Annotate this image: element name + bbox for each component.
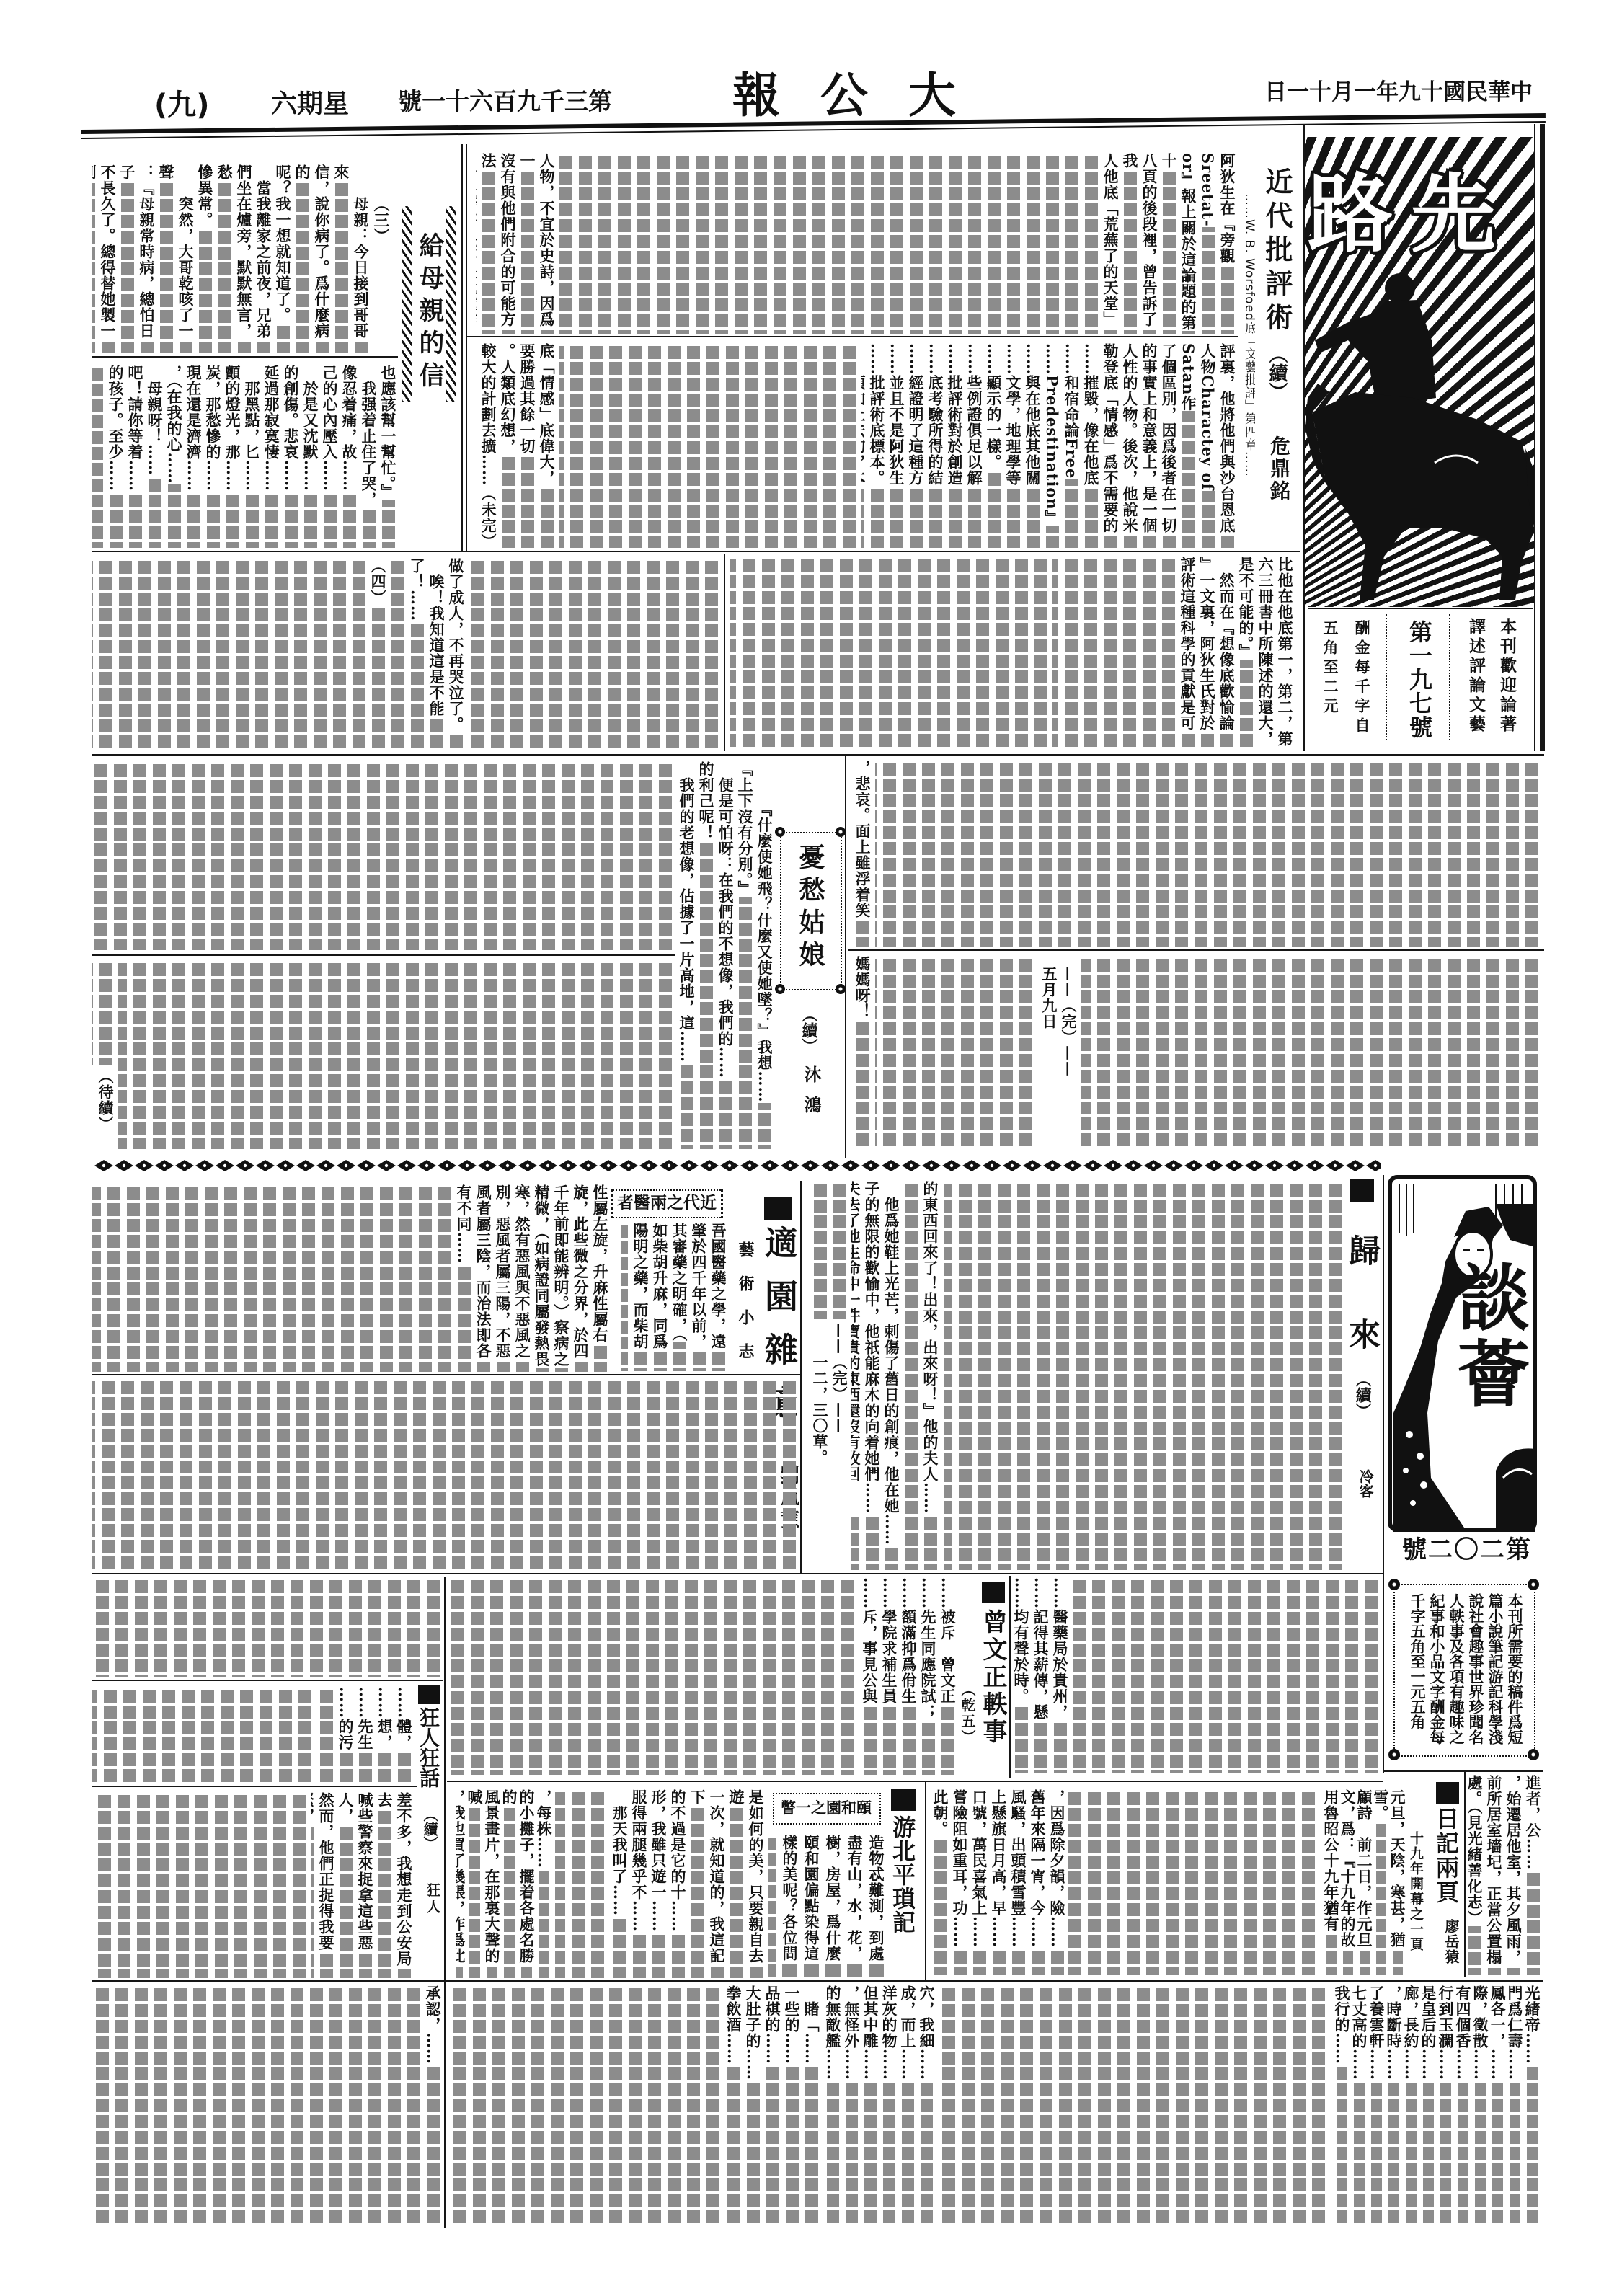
illegible-text-region — [1068, 1789, 1318, 1975]
title-marker-icon — [418, 1685, 440, 1704]
xianlu-issue-number: 第一九七號 — [1408, 620, 1431, 739]
installment-mark: （乾五） — [960, 1682, 975, 1745]
summer-palace-box: 頤和園之一瞥 — [773, 1793, 881, 1825]
payment-notice-1: 酬金每千字自 — [1354, 620, 1369, 737]
weekday: 星期六 — [271, 92, 349, 118]
column-divider — [724, 554, 725, 751]
article-title-diary: 日記兩頁 — [1435, 1807, 1458, 1905]
column-divider — [925, 1781, 926, 1981]
article-text: ……體， ……想， ……先生 ……的污 — [337, 1687, 413, 1750]
title-marker-icon — [1436, 1782, 1459, 1804]
publication-date: 中華民國十九年一月十一日 — [1264, 81, 1533, 104]
newspaper-masthead: 大公報 — [732, 72, 996, 120]
illegible-text-region — [92, 1792, 309, 1978]
illegible-text-region — [559, 153, 1101, 334]
tier-divider — [92, 1573, 1383, 1574]
story-text: 『什麼使她飛？什麼又使她墜？』我想…… 『上下沒有分別。』 便是可怕呀：在我們的… — [678, 761, 774, 1103]
criticism-tier1-end: 人物，不宜於史詩，因爲一 沒有與他們附合的可能方法 ，而此項方法不是此種作品 所… — [476, 153, 557, 334]
illegible-text-region — [118, 960, 675, 1149]
article-text: 元旦，天陰，寒甚，猶 雪。 顧詩 前二日，作元旦 文，爲：『十九年的故 用魯昭公… — [1322, 1789, 1406, 1948]
anecdote-fragment: ……醫藥局於貴州， ……記得其薪傳，懸 ……均有聲於時。 — [1012, 1577, 1070, 1773]
xianlu-supplement-box: 先路 本刊歡迎論著 譯述評論文藝 第一九七號 酬金每千字自 五角至二元 — [1303, 124, 1546, 751]
diary-poem-ending: ，因爲除夕韻，險…… 舊年來隔一宵，今…… 風騷，出頭積雪豐…… 上懸旗日月高，… — [930, 1789, 1067, 1975]
shiyuan-text-a: 吾國醫藥之學，遠 肇於四千年以前， 其審藥之明確，（ 如柴胡升麻，同爲 陽明之藥… — [621, 1223, 728, 1371]
criticism-tier3-start: 比他在他底第一，第二，第 六三冊書中所陳述的還大， 是不可能的。』 然而在『想像… — [1052, 557, 1295, 750]
tier-divider — [92, 954, 675, 956]
illegible-text-region — [944, 1181, 1344, 1570]
to-be-continued: （待續） — [97, 1068, 115, 1132]
tier-divider — [92, 551, 1300, 552]
article-author: 危鼎銘 — [1269, 435, 1289, 502]
article-text: 差不多，我想走到公安局去 喊些警察來捉拿這些惡人， 然而，他們正捉得我要緊， 我… — [311, 1792, 413, 1967]
section-divider — [92, 754, 1544, 756]
tier-divider — [1383, 1770, 1543, 1772]
illegible-text-region — [92, 960, 115, 1065]
illegible-text-region — [807, 1181, 849, 1319]
illegible-text-region — [875, 760, 1541, 947]
letter-text: ，悲哀。面上雖浮着笑容， — [851, 760, 872, 918]
criticism-tier1-start: 阿狄生在『旁觀Sreetat- or』報上關於這論題的第十 八頁的後段裡，曾告訴… — [1103, 153, 1237, 334]
illegible-text-region — [92, 1687, 314, 1783]
criticism-tier2-start: 評裏，他將他們與沙台恩底 人物Charactey of Satan作 了個區別，… — [861, 343, 1237, 548]
letters-tier2: 也應該幫一幫忙。』 我强着止住了哭， 像忍着痛，故…… 己的心內壓入…… 於是又… — [92, 365, 398, 548]
notice-text: 本刊所需要的稿件爲短 篇小說筆記游記科學淺 說社會趣事世界珍聞名 人軼事及各項有… — [1409, 1593, 1524, 1745]
beiping-text-d: 光緒帝…… 門爲仁壽…… 鳳各一，…… 際，徵散…… 有四個香…… 行到玉瀾……… — [1330, 1985, 1541, 2226]
article-text: ，因爲除夕韻，險…… 舊年來隔一宵，今…… 風騷，出頭積雪豐…… 上懸旗日月高，… — [931, 1789, 1066, 1948]
tanhui-masthead-box: 談薈 — [1388, 1175, 1537, 1532]
letters-tier3: 做了成人，不再哭泣了。 唉！我知道這是不能 了！…… （四） — [92, 558, 466, 750]
double-column-divider — [466, 144, 467, 551]
criticism-tier2-end: 底「情感」底偉大， 要勝過其餘一切 。人類底幻想， 較大的計劃去擴……（未完） — [476, 343, 557, 548]
illegible-text-region — [730, 557, 1050, 750]
end-mark-and-date: ——（完）—— 一二，三〇草。 — [811, 1323, 848, 1466]
wavy-divider — [1449, 614, 1450, 740]
to-be-continued-mark: （待續） — [92, 1068, 115, 1148]
illegible-text-region — [875, 956, 1035, 1149]
corner-ornament-icon — [775, 984, 785, 994]
title-marker-icon — [764, 1197, 792, 1220]
beiping-text-e: 穴，我細…… 成，而上…… 洋灰的物…… 但其中雕…… ，無怪外…… 的無敵艦…… — [822, 1985, 936, 2226]
tier-divider — [447, 1781, 1383, 1782]
tanhui-issue-number: 第二〇二號 — [1402, 1538, 1532, 1562]
zeng-anecdotes-fragment: ……被斥 曾文正 ……先生同應院試； ……額滿抑爲佾生 ……學院求補生員 ……斥… — [859, 1577, 957, 1775]
article-text: ……被斥 曾文正 ……先生同應院試； ……額滿抑爲佾生 ……學院求補生員 ……斥… — [861, 1577, 957, 1720]
article-author: 沐鴻 — [802, 1065, 820, 1126]
payment-notice-2: 五角至二元 — [1322, 620, 1337, 717]
beiping-text-f: 賭「…… 一些的…… 品棋的…… 大肚子的…… 拳飲酒…… — [724, 1985, 821, 2226]
two-doctors-box: 近代之兩醫者 — [611, 1189, 723, 1218]
title-marker-icon — [891, 1789, 916, 1811]
xianlu-masthead: 先路 — [1308, 172, 1514, 257]
corner-ornament-icon — [836, 827, 846, 837]
tier-divider — [92, 1374, 802, 1375]
column-label: 藝術小志 — [737, 1241, 753, 1377]
letters-middle-fragment: ，悲哀。面上雖浮着笑容， — [851, 760, 872, 947]
criticism-text: 評裏，他將他們與沙台恩底 人物Charactey of Satan作 了個區別，… — [861, 343, 1236, 533]
tanhui-masthead: 談薈 — [1451, 1260, 1523, 1413]
illegible-text-region — [92, 1577, 443, 1677]
tier-divider — [92, 356, 398, 358]
continued-mark: （續） — [1354, 1371, 1370, 1419]
letters-tier1: 母親：今日接到哥哥來 信，說你病了。爲什麼病的 呢？我一想就知道了。 當我離家之… — [92, 164, 371, 353]
letter-text: 母親：今日接到哥哥來 信，說你病了。爲什麼病的 呢？我一想就知道了。 當我離家之… — [92, 164, 370, 339]
melancholy-girl-title-box: 憂愁姑娘 — [780, 832, 842, 990]
illegible-text-region — [448, 1577, 856, 1775]
story-text: 的東西回來了！出來，出來呀！』他的夫人…… 他爲她鞋上光芒，刺傷了舊日的創痕，他… — [851, 1181, 939, 1546]
article-author: 廖岳猿 — [1444, 1919, 1458, 1964]
article-subtitle: ……W. B. Worsfoed底「文藝批評」第四章…… — [1243, 193, 1255, 546]
criticism-text: 底「情感」底偉大， 要勝過其餘一切 。人類底幻想， 較大的計劃去擴……（未完） — [479, 343, 556, 548]
madman-text-b: 差不多，我想走到公安局去 喊些警察來捉拿這些惡人， 然而，他們正捉得我要緊， 我… — [311, 1792, 414, 1978]
article-title-letters-to-mother: 給母親的信 — [417, 232, 442, 394]
return-story-end-mark: ——（完）—— 一二，三〇草。 — [810, 1323, 849, 1517]
tier-divider — [848, 949, 1544, 951]
letter-part-number: （三） — [372, 196, 388, 244]
illegible-text-region — [559, 343, 859, 548]
continued-mark: （續） — [1267, 345, 1286, 401]
letter-text: 做了成人，不再哭泣了。 唉！我知道這是不能 了！…… （四） — [369, 558, 465, 732]
ornament-chain-right — [446, 206, 456, 402]
column-divider — [845, 755, 846, 1158]
ornament-chain-left — [402, 206, 412, 402]
illegible-text-region — [448, 1985, 722, 2226]
wavy-divider — [1386, 614, 1387, 740]
anecdote-ending: 進者，公…… ，始遷居他室，其夕風雨， 前所居室墻圮，正當公置榻 處。（見光緒善… — [1468, 1775, 1543, 1975]
column-divider — [444, 1577, 446, 2228]
article-text: ，每株…… 的小攤子，擺着各處名勝的 風景畫片，在那裏大聲的喊 ，我也買了幾張，… — [456, 1789, 552, 1964]
continued-mark: （續） — [422, 1807, 437, 1850]
title-marker-icon — [1350, 1179, 1374, 1202]
page-number: (九) — [154, 91, 210, 120]
article-text: 穴，我細…… 成，而上…… 洋灰的物…… 但其中雕…… ，無怪外…… 的無敵艦…… — [824, 1985, 936, 2080]
column-divider — [1383, 1175, 1384, 1773]
article-text: 吾國醫藥之學，遠 肇於四千年以前， 其審藥之明確，（ 如柴胡升麻，同爲 陽明之藥… — [631, 1223, 727, 1349]
article-title-madman-talk: 狂人狂話 — [418, 1707, 438, 1788]
article-text: 進者，公…… ，始遷居他室，其夕風雨， 前所居室墻圮，正當公置榻 處。（見光緒善… — [1468, 1775, 1542, 1965]
illegible-text-region — [1081, 956, 1541, 1149]
criticism-text: 比他在他底第一，第二，第 六三冊書中所陳述的還大， 是不可能的。』 然而在『想像… — [1179, 557, 1294, 747]
column-divider — [1464, 1772, 1466, 1977]
column-divider — [800, 1181, 802, 1573]
article-title-melancholy-girl: 憂愁姑娘 — [797, 843, 823, 973]
corner-ornament-icon — [1528, 1749, 1539, 1760]
tier-divider — [92, 1786, 417, 1787]
illegible-text-region — [469, 558, 721, 750]
illegible-text-region — [1071, 1577, 1381, 1773]
beiping-text-a: 造物忒難測，到處 盡有山，水，花， 樹，房屋，爲什麼 頤和園偏點染得這 樣的美呢… — [768, 1835, 887, 1977]
criticism-text: 人物，不宜於史詩，因爲一 沒有與他們附合的可能方法 ，而此項方法不是此種作品 所… — [476, 153, 556, 327]
article-title-modern-criticism: 近代批評術 — [1263, 167, 1290, 337]
submission-notice-1: 本刊歡迎論著 — [1498, 618, 1515, 735]
article-text: 性屬左旋，升麻性屬右旋，此些微之分界，於四千年前即能辨明。）察病之精微，（如病證… — [455, 1184, 609, 1368]
article-author: 狂人 — [425, 1883, 439, 1916]
article-title-beiping-notes: 游北平瑣記 — [891, 1815, 914, 1934]
mother-letter-title-box: 給母親的信 — [400, 206, 458, 402]
article-text: 造物忒難測，到處 盡有山，水，花， 樹，房屋，爲什麼 頤和園偏點染得這 樣的美呢… — [781, 1835, 885, 1962]
tier-divider — [92, 1680, 443, 1681]
issue-number: 第三千九百六十一號 — [398, 89, 612, 113]
notice-rule — [1308, 608, 1533, 609]
end-mark-and-date: ——（完）—— 五月九日 — [1040, 966, 1078, 1077]
letters-end-mark: ——（完）—— 五月九日 — [1038, 966, 1078, 1149]
article-subtitle: 十九年開幕之一頁 — [1409, 1831, 1422, 1952]
illegible-text-region — [937, 1985, 1328, 2226]
beiping-text-c: ，每株…… 的小攤子，擺着各處名勝的 風景畫片，在那裏大聲的喊 ，我也買了幾張，… — [456, 1789, 552, 1978]
sub-article-title: 頤和園之一瞥 — [781, 1801, 872, 1816]
article-text: ……醫藥局於貴州， ……記得其薪傳，懸 ……均有聲於時。 — [1012, 1577, 1069, 1720]
illegible-text-region — [92, 1378, 799, 1570]
corner-ornament-icon — [1528, 1579, 1539, 1590]
article-title-zeng-anecdotes: 曾文正軼事 — [980, 1609, 1005, 1746]
illegible-text-region — [92, 761, 675, 950]
letter-text: 也應該幫一幫忙。』 我强着止住了哭， 像忍着痛，故…… 己的心內壓入…… 於是又… — [107, 365, 397, 507]
diamond-ornament-rule — [94, 1159, 1381, 1172]
column-divider — [1009, 1576, 1011, 1778]
article-author: 冷客 — [1358, 1469, 1373, 1498]
tanhui-notice-text: 本刊所需要的稿件爲短 篇小說筆記游記科學淺 說社會趣事世界珍聞名 人軼事及各項有… — [1406, 1593, 1525, 1752]
letter-text: 媽媽呀！ — [854, 956, 872, 1019]
madman-text-c: 承認，…… — [92, 1985, 443, 2226]
criticism-text: 阿狄生在『旁觀Sreetat- or』報上關於這論題的第十 八頁的後段裡，曾告訴… — [1103, 153, 1236, 331]
corner-ornament-icon — [1388, 1579, 1400, 1590]
illegible-text-region — [555, 1789, 607, 1978]
tier-divider — [467, 336, 1238, 337]
article-text: 賭「…… 一些的…… 品棋的…… 大肚子的…… 拳飲酒…… — [724, 1985, 820, 2080]
article-text: 光緒帝…… 門爲仁壽…… 鳳各一，…… 際，徵散…… 有四個香…… 行到玉瀾……… — [1333, 1985, 1541, 2080]
sub-article-title: 近代之兩醫者 — [617, 1195, 717, 1212]
title-marker-icon — [982, 1582, 1005, 1603]
corner-ornament-icon — [836, 984, 846, 994]
letters-closing-fragment: 媽媽呀！ — [851, 956, 872, 1149]
continued-mark: （續） — [800, 1006, 816, 1054]
melancholy-girl-opening: 『什麼使她飛？什麼又使她墜？』我想…… 『上下沒有分別。』 便是可怕呀：在我們的… — [678, 761, 774, 1149]
madman-text-a: ……體， ……想， ……先生 ……的污 — [317, 1687, 414, 1783]
corner-ornament-icon — [1388, 1749, 1400, 1760]
shiyuan-text-b: 性屬左旋，升麻性屬右旋，此些微之分界，於四千年前即能辨明。）察病之精微，（如病證… — [92, 1184, 610, 1372]
corner-ornament-icon — [775, 827, 785, 837]
beiping-text-b: 是如何的美，只要親自去遊 一次，就知道的，我這記下 的不過是它的十…… 形，我雖… — [610, 1789, 766, 1978]
double-column-divider — [461, 144, 463, 551]
article-text: 是如何的美，只要親自去遊 一次，就知道的，我這記下 的不過是它的十…… 形，我雖… — [610, 1789, 765, 1964]
right-border-thick — [1540, 124, 1545, 751]
article-text: 承認，…… — [424, 1985, 442, 2065]
right-border-thin — [1534, 124, 1535, 751]
return-story-ending: 的東西回來了！出來，出來呀！』他的夫人…… 他爲她鞋上光芒，刺傷了舊日的創痕，他… — [851, 1181, 940, 1570]
tier-divider — [92, 1980, 1543, 1982]
diary-opening: 元旦，天陰，寒甚，猶 雪。 顧詩 前二日，作元旦 文，爲：『十九年的故 用魯昭公… — [1321, 1789, 1406, 1975]
submission-notice-2: 譯述評論文藝 — [1467, 618, 1484, 735]
